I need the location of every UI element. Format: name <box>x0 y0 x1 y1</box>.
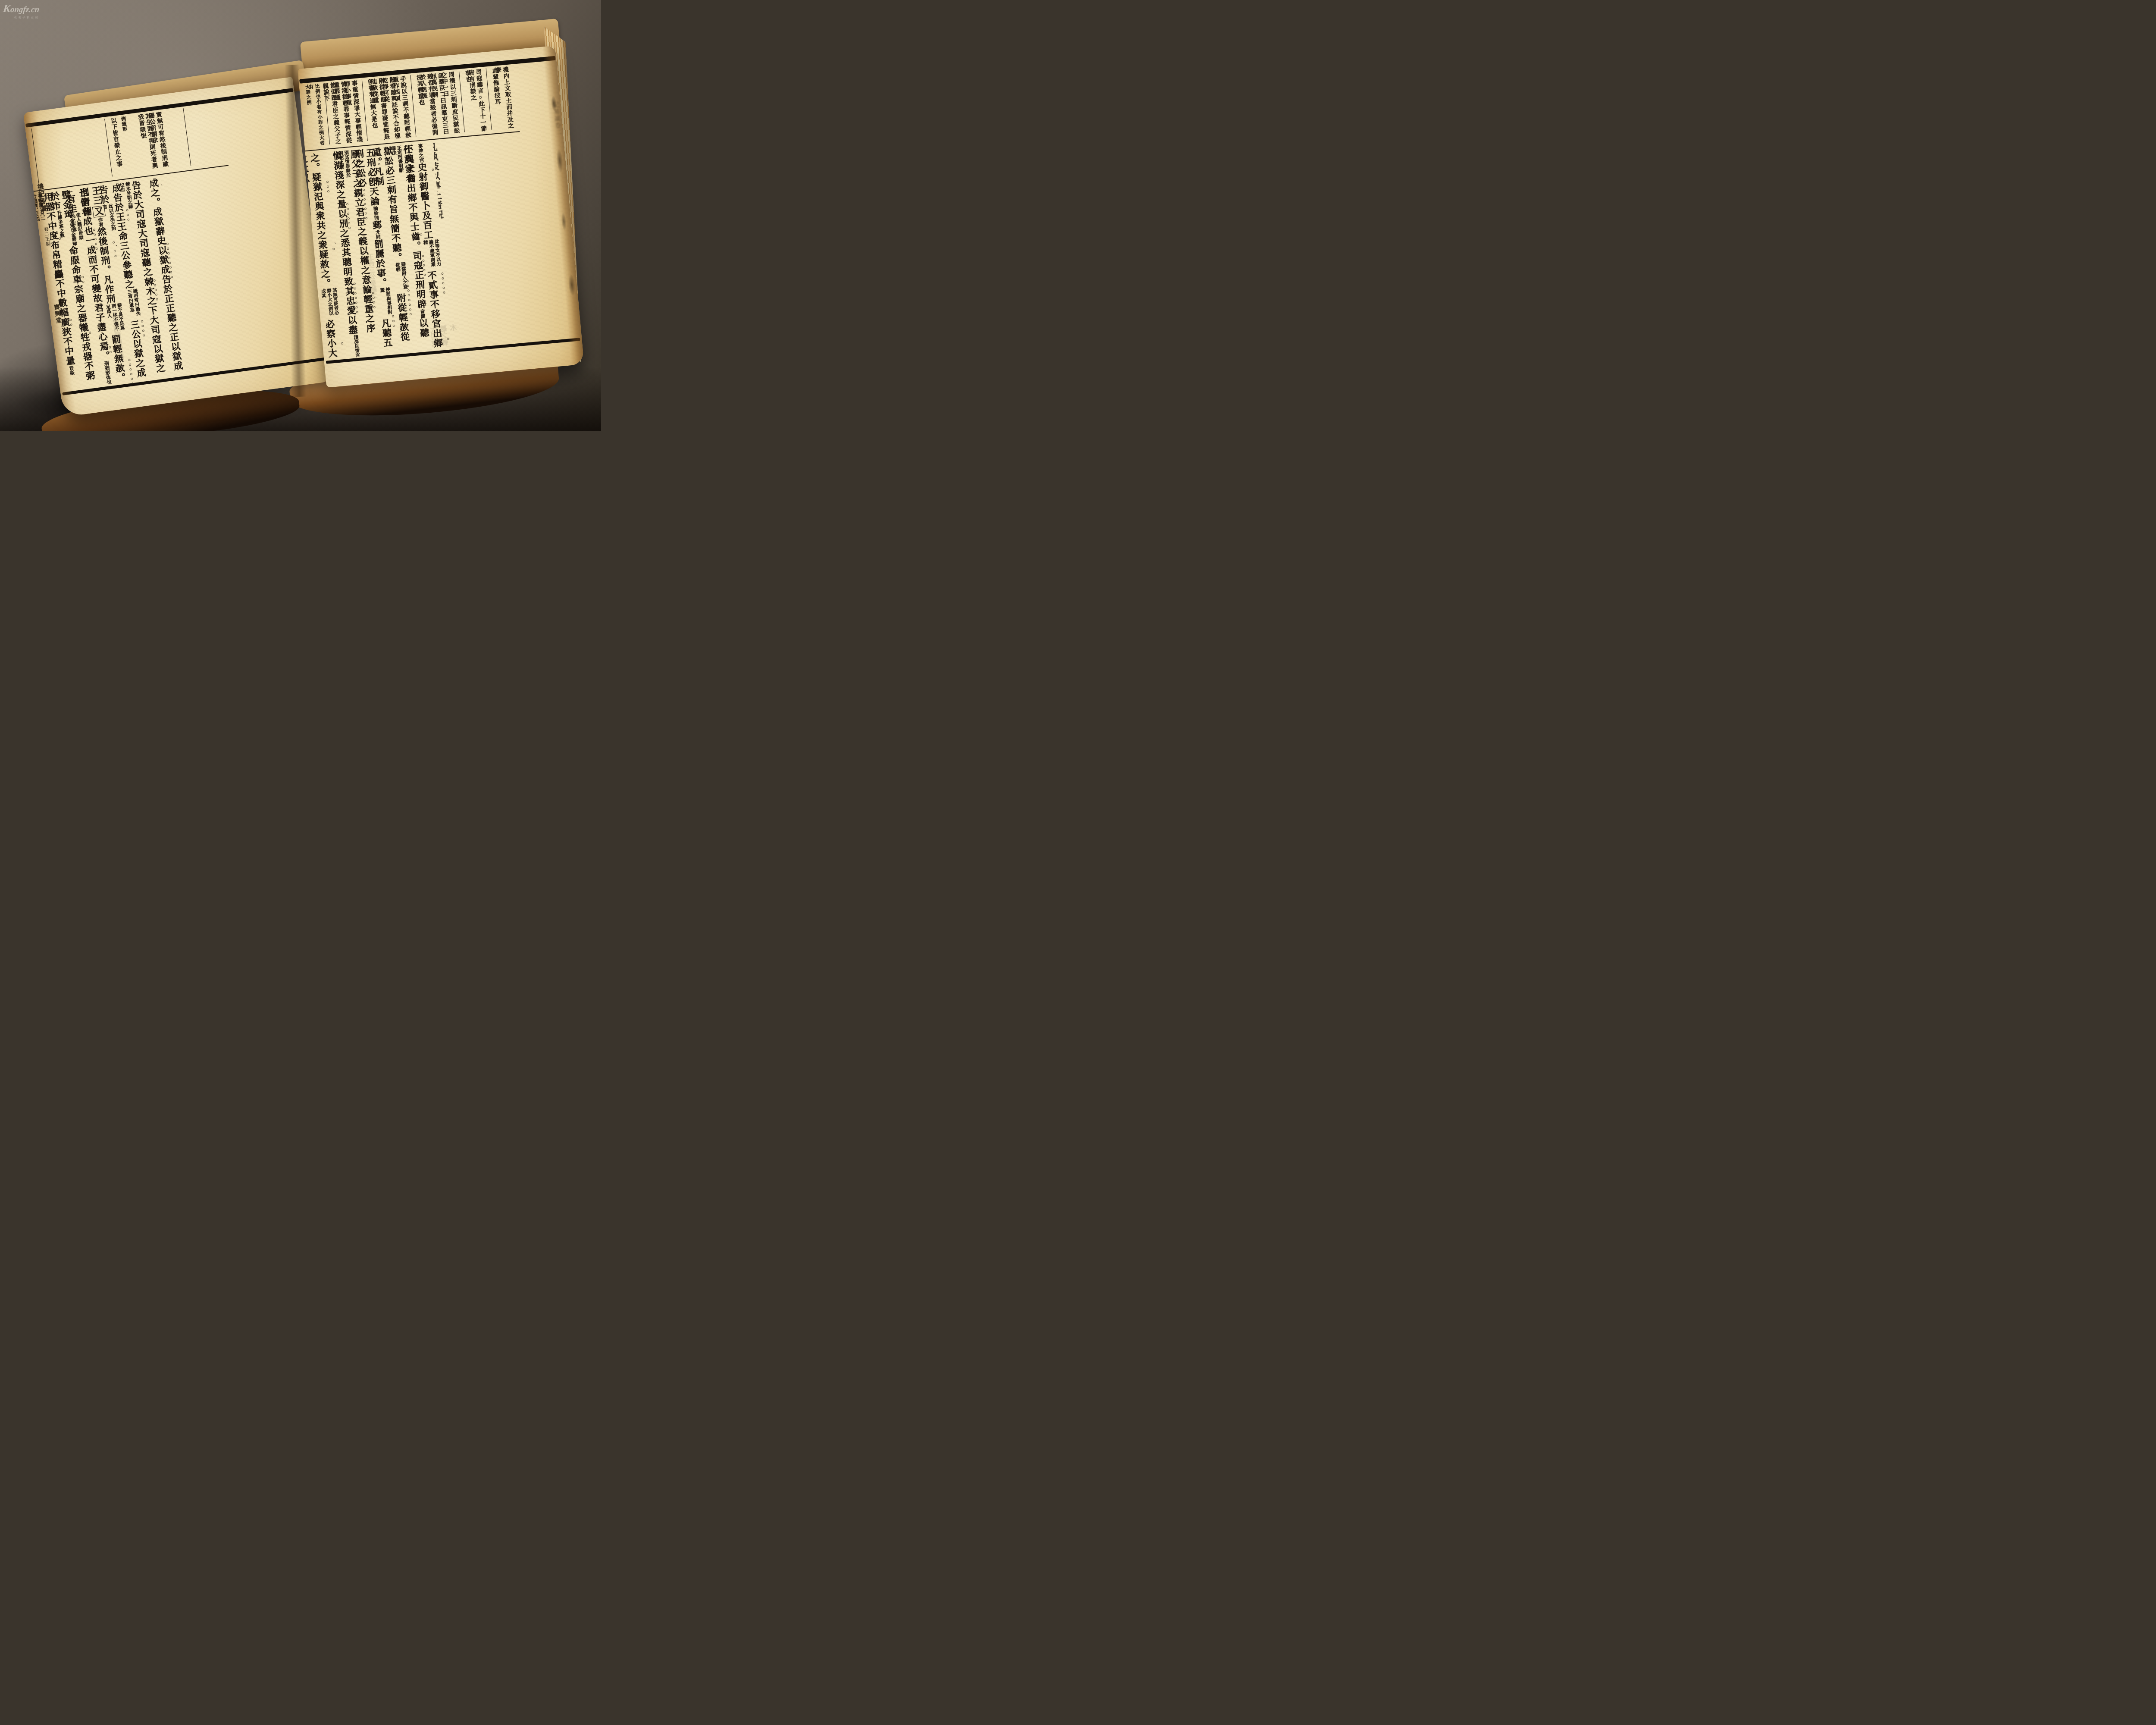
emphasis-marks: ○ <box>340 154 345 159</box>
emphasis-marks: ○ <box>57 236 62 241</box>
text-segment: 識再宥曰過失三宥曰遺忘 <box>126 288 141 320</box>
watermark-brand: Kongfz.cn <box>2 2 40 15</box>
emphasis-marks: 、 <box>394 154 398 159</box>
text-segment: 又 <box>92 205 106 217</box>
emphasis-marks: 、○ <box>331 242 336 252</box>
text-column: 事重情深罪大事輕情淺罪小事重 <box>350 80 364 146</box>
text-segment: 作宥 <box>97 217 103 227</box>
text-segment: 以聽 <box>418 318 430 338</box>
text-segment: 事也 <box>464 70 472 83</box>
bleedthrough-text: 王命三公參聽之獄 <box>163 186 178 232</box>
emphasis-marks: ○○ <box>68 317 73 327</box>
text-segment: 郵 <box>371 220 382 231</box>
publisher-mark: 寶興堂 <box>53 304 62 324</box>
emphasis-marks: ○ <box>340 341 345 346</box>
emphasis-marks: ○、○○ <box>111 240 118 259</box>
column-rule <box>362 80 368 141</box>
text-segment: 罰麗於事。 <box>373 239 388 288</box>
column-rule <box>410 75 416 136</box>
column-rule <box>486 68 492 129</box>
text-column: 禮内上文取士而并及之學 <box>501 66 515 132</box>
text-segment: 音闢 <box>420 309 426 319</box>
text-column: 周禮以三刺斷庶民獄訟之中一曰 <box>447 71 461 137</box>
text-segment: 論倫同 <box>373 206 379 220</box>
emphasis-marks: ○ <box>419 232 423 237</box>
right-page-main-text: 凡執技以事上者祝事神之官史射御醫卜及百工此等文不以力論不兼軍則業精不貳事不移官出… <box>305 138 469 361</box>
text-segment: 尤同 <box>375 230 381 240</box>
emphasis-marks: 、 <box>157 184 162 189</box>
text-column: 手說以三刺不聽附輕赦重作四項 <box>398 75 412 141</box>
watermark: Kongfz.cn 孔夫子拍卖网 <box>3 2 39 20</box>
emphasis-marks: ○ <box>88 330 92 336</box>
column-rule <box>459 71 465 132</box>
emphasis-marks: ○○ <box>80 275 86 285</box>
text-column: 司寇總言○此下十一節皆言刑禁之 <box>474 69 488 135</box>
column-spacer <box>188 104 223 169</box>
emphasis-marks: ○ <box>430 167 435 172</box>
emphasis-marks: ○ <box>446 336 451 342</box>
watermark-site-name: 孔夫子拍卖网 <box>14 16 39 20</box>
text-segment: 王三 <box>90 185 103 206</box>
book-section: 卷二王制 <box>43 226 50 247</box>
column-spacer <box>36 119 108 190</box>
text-segment: 淺深以情言 <box>353 334 360 357</box>
emphasis-marks: ○ <box>72 215 77 220</box>
text-segment: 辭不具不足爲刑一体不傋不足爲人 <box>105 303 125 336</box>
emphasis-marks: ○○ <box>107 345 113 355</box>
emphasis-marks: ○○○ <box>325 179 331 194</box>
right-page: 禮内上文取士而并及之學此輩惟論技耳司寇總言○此下十一節皆言刑禁之事也周禮以三刺斷… <box>298 46 584 388</box>
text-segment: 其無可疑者必察小大之例以成其 <box>320 288 339 320</box>
emphasis-marks: ○○○ <box>390 314 396 329</box>
text-segment: 事神之官 <box>417 143 424 163</box>
photo-stage: 實無可宥然後制刑歐陽公所謂求其生而不得則死者與我皆無恨侀通形以下皆言禁止之事 成… <box>0 0 601 431</box>
